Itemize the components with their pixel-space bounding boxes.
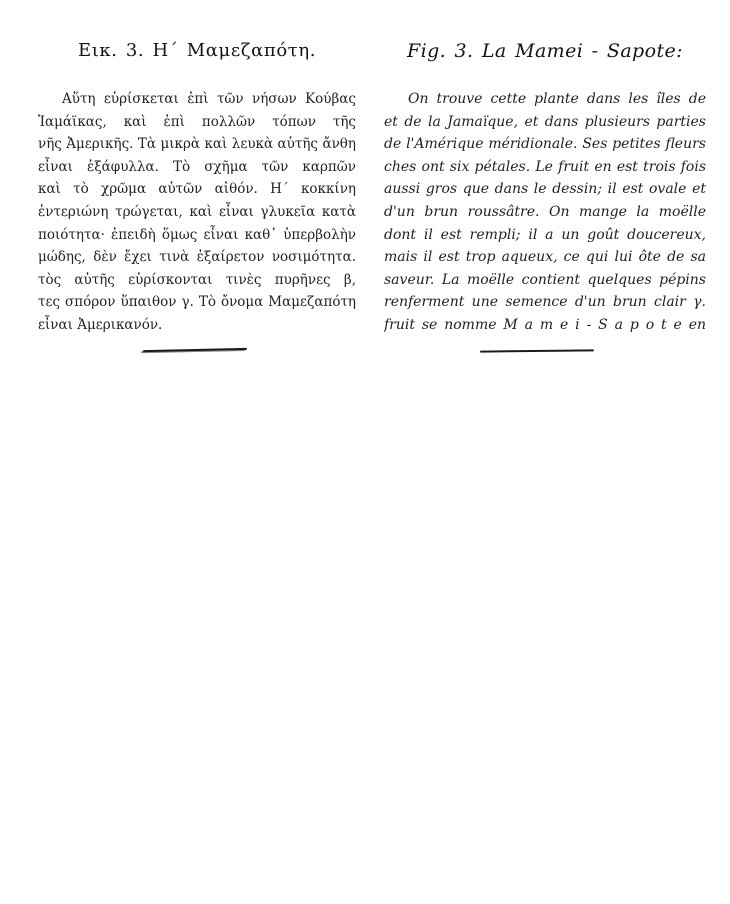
text-line: saveur. La moëlle contient quelques pépi… [384,269,706,292]
separator-rule-left [143,348,247,352]
text-line: fruit se nomme M a m e i - S a p o t e e… [384,314,706,337]
text-line: νῆς Ἀμερικῆς. Τὰ μικρὰ καὶ λευκὰ αὐτῆς ἄ… [38,133,356,156]
text-line: ποιότητα· ἐπειδὴ ὅμως εἶναι καθ᾽ ὑπερβολ… [38,224,356,247]
text-line: ἐντεριώνη τρώγεται, καὶ εἶναι γλυκεῖα κα… [38,201,356,224]
greek-column: Εικ. 3. Η΄ Μαμεζαπότη. Αὕτη εὑρίσκεται ἐ… [38,40,356,337]
text-line: καὶ τὸ χρῶμα αὐτῶν αἰθόν. Η΄ κοκκίνη αὐτ… [38,178,356,201]
text-line: aussi gros que dans le dessin; il est ov… [384,178,706,201]
text-line: μώδης, δὲν ἔχει τινὰ ἐξαίρετον νοσιμότητ… [38,246,356,269]
text-line: dont il est rempli; il a un goût doucere… [384,224,706,247]
text-line: εἶναι Ἀμερικανόν. [38,314,356,337]
text-line: renferment une semence d'un brun clair γ… [384,291,706,314]
french-paragraph: On trouve cette plante dans les îles de … [384,88,706,337]
text-line: de l'Amérique méridionale. Ses petites f… [384,133,706,156]
greek-figure-heading: Εικ. 3. Η΄ Μαμεζαπότη. [38,40,356,62]
text-line: et de la Jamaïque, et dans plusieurs par… [384,111,706,134]
french-column: Fig. 3. La Mamei - Sapote: On trouve cet… [384,40,706,337]
text-line: d'un brun roussâtre. On mange la moëlle … [384,201,706,224]
text-line: mais il est trop aqueux, ce qui lui ôte … [384,246,706,269]
text-line: On trouve cette plante dans les îles de … [384,88,706,111]
text-line: Ἰαμάϊκας, καὶ ἐπὶ πολλῶν τόπων τῆς μεσημ… [38,111,356,134]
text-line: τὸς αὐτῆς εὑρίσκονται τινὲς πυρῆνες β, π… [38,269,356,292]
text-line: τες σπόρον ὕπαιθον γ. Τὸ ὄνομα Μαμεζαπότ… [38,291,356,314]
text-line: ches ont six pétales. Le fruit en est tr… [384,156,706,179]
text-line: εἶναι ἑξάφυλλα. Τὸ σχῆμα τῶν καρπῶν ὠοει… [38,156,356,179]
text-line: Αὕτη εὑρίσκεται ἐπὶ τῶν νήσων Κούβας καὶ [38,88,356,111]
separator-rule-right [480,349,594,352]
french-figure-heading: Fig. 3. La Mamei - Sapote: [384,40,706,62]
greek-paragraph: Αὕτη εὑρίσκεται ἐπὶ τῶν νήσων Κούβας καὶ… [38,88,356,337]
scanned-book-page: Εικ. 3. Η΄ Μαμεζαπότη. Αὕτη εὑρίσκεται ἐ… [0,0,730,904]
